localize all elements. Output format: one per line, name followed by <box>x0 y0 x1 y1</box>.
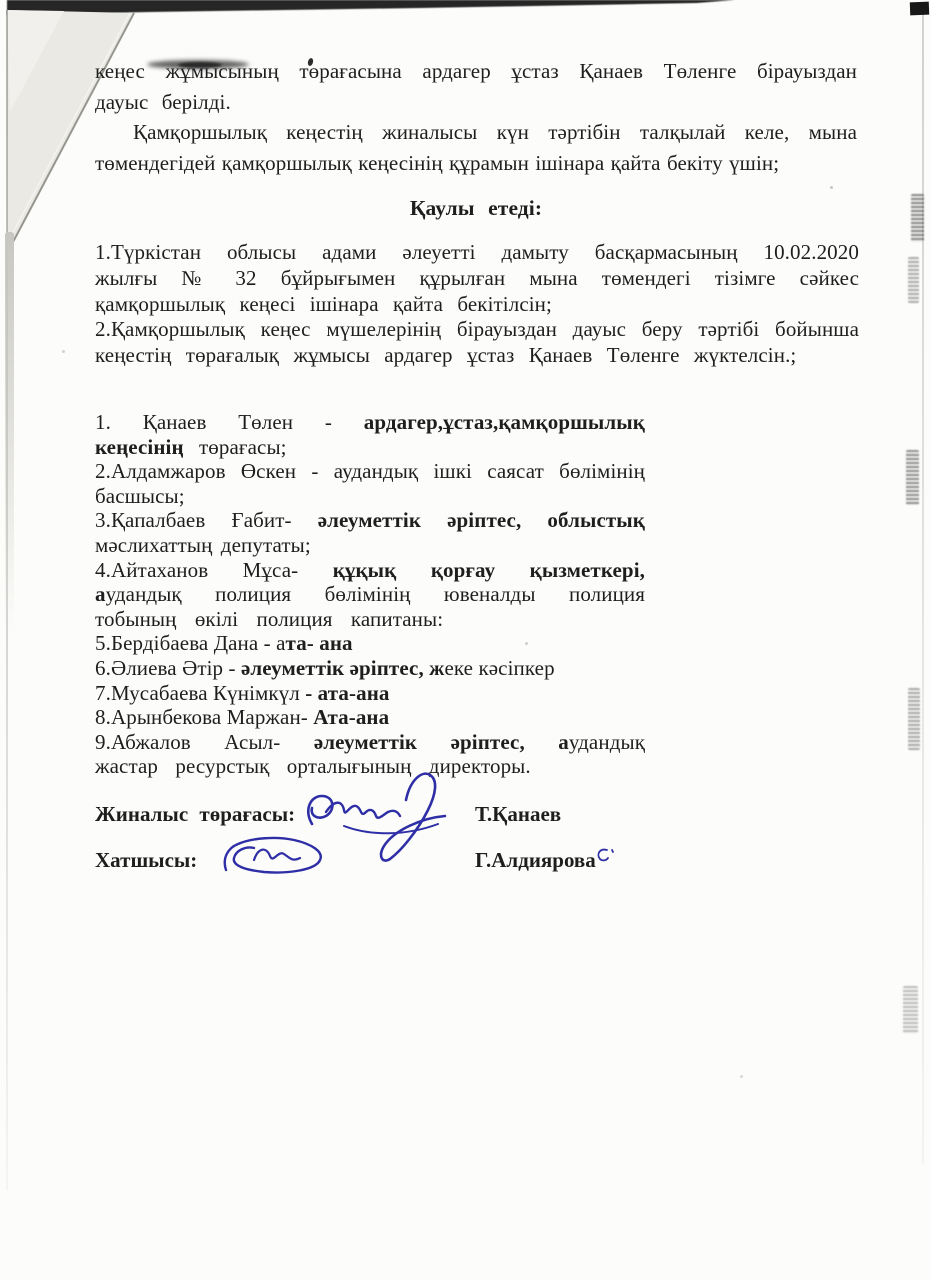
ink-tick-mark <box>592 846 616 864</box>
text: 5.Бердібаева Дана - а <box>95 631 286 655</box>
ink-speck <box>830 186 833 189</box>
signatory-name: Т.Қанаев <box>475 802 561 827</box>
aldiyarova-handwritten-signature-icon <box>218 830 338 878</box>
binding-scuff-mark <box>908 257 919 303</box>
text: 2.Алдамжаров Өскен - аудандық ішкі саяса… <box>95 459 645 508</box>
text: Қамқоршылық кеңестің жиналысы күн тәртіб… <box>95 120 857 175</box>
text: 1.Түркістан облысы адами әлеуетті дамыту… <box>95 240 859 316</box>
text: 8.Арынбекова Маржан- <box>95 705 313 729</box>
paragraph: 1.Түркістан облысы адами әлеуетті дамыту… <box>95 240 859 317</box>
bold-text: әлеуметтік әріптес, облыстық <box>318 508 645 532</box>
resolution-heading: Қаулы етеді: <box>95 196 857 221</box>
paragraph: 1. Қанаев Төлен - ардагер,ұстаз,қамқоршы… <box>95 410 645 459</box>
binding-scuff-mark <box>908 688 920 750</box>
paragraph: 7.Мусабаева Күнімкүл - ата-ана <box>95 681 645 706</box>
signatory-name: Г.Алдиярова <box>475 848 596 873</box>
text: 4.Айтаханов Мұса- <box>95 558 333 582</box>
intro-paragraphs: кеңес жұмысының төрағасына ардагер ұстаз… <box>95 56 857 178</box>
bold-text: Ата-ана <box>313 705 389 729</box>
signature-role-label: Хатшысы: <box>95 848 197 873</box>
text: 7.Мусабаева Күнімкүл <box>95 681 305 705</box>
page-right-edge <box>922 14 924 1164</box>
binding-scuff-mark <box>903 986 918 1034</box>
text: мәслихаттың депутаты; <box>95 533 311 557</box>
text: удандық полиция бөлімінің ювеналды полиц… <box>95 582 645 631</box>
paragraph: Қамқоршылық кеңестің жиналысы күн тәртіб… <box>95 117 857 178</box>
text: 9.Абжалов Асыл- <box>95 730 314 754</box>
bold-text: әлеуметтік әріптес, ж <box>241 656 445 680</box>
bold-text: - ата-ана <box>305 681 389 705</box>
ink-speck <box>62 350 65 353</box>
text: 2.Қамқоршылық кеңес мүшелерінің бірауызд… <box>95 317 859 367</box>
text: кеңес жұмысының төрағасына ардагер ұстаз… <box>95 59 857 114</box>
text: 1. Қанаев Төлен - <box>95 410 364 434</box>
bold-text: әлеуметтік әріптес, а <box>314 730 569 754</box>
scanned-document-page: кеңес жұмысының төрағасына ардагер ұстаз… <box>0 0 930 1280</box>
page-left-edge-shadow <box>5 232 14 632</box>
binding-scuff-mark <box>906 450 919 505</box>
paragraph: 2.Алдамжаров Өскен - аудандық ішкі саяса… <box>95 459 645 508</box>
scan-corner-mark <box>910 2 929 16</box>
resolution-paragraphs: 1.Түркістан облысы адами әлеуетті дамыту… <box>95 240 859 369</box>
paragraph: кеңес жұмысының төрағасына ардагер ұстаз… <box>95 56 857 117</box>
binding-scuff-mark <box>911 194 924 242</box>
paragraph: 2.Қамқоршылық кеңес мүшелерінің бірауызд… <box>95 317 859 369</box>
text: 6.Әлиева Әтір - <box>95 656 241 680</box>
text: 3.Қапалбаев Ғабит- <box>95 508 318 532</box>
paragraph: 5.Бердібаева Дана - ата- ана <box>95 631 645 656</box>
council-members-list: 1. Қанаев Төлен - ардагер,ұстаз,қамқоршы… <box>95 410 645 779</box>
paragraph: 6.Әлиева Әтір - әлеуметтік әріптес, жеке… <box>95 656 645 681</box>
bold-text: та- ана <box>286 631 353 655</box>
paragraph: 4.Айтаханов Мұса- құқық қорғау қызметкер… <box>95 558 645 632</box>
paragraph: 3.Қапалбаев Ғабит- әлеуметтік әріптес, о… <box>95 508 645 557</box>
text: еке кәсіпкер <box>444 656 554 680</box>
ink-speck <box>740 1075 743 1078</box>
signature-role-label: Жиналыс төрағасы: <box>95 802 295 827</box>
paragraph: 8.Арынбекова Маржан- Ата-ана <box>95 705 645 730</box>
text: төрағасы; <box>184 435 287 459</box>
